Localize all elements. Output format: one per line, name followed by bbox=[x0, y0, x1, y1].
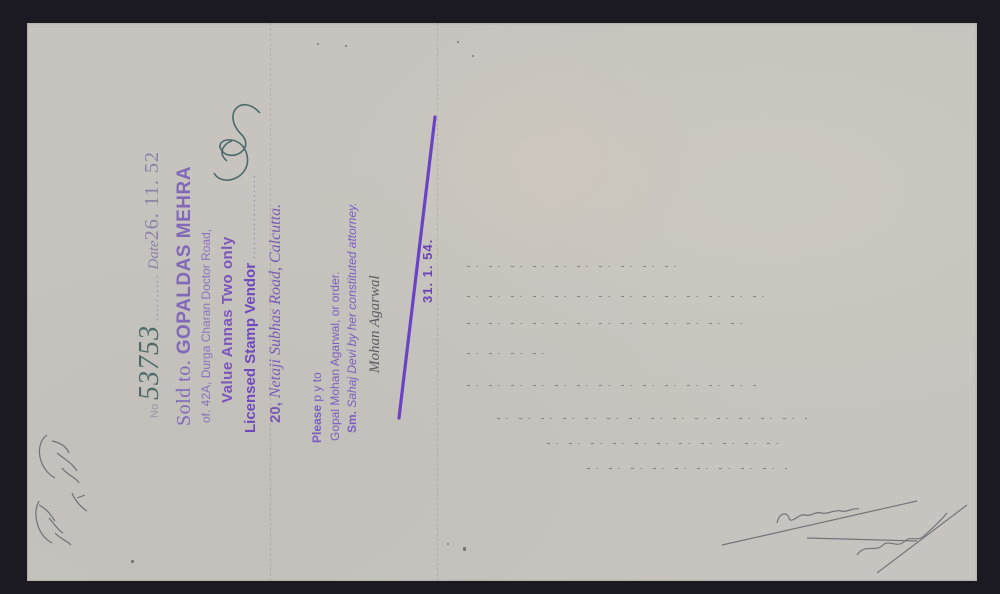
buyer-address: of. 42A, Durga Charan Doctor Road, bbox=[199, 229, 213, 423]
sold-to-name: GOPALDAS MEHRA bbox=[174, 166, 195, 354]
stamp-value: Value Annas Two only bbox=[219, 236, 236, 403]
pay-to-text: p y to bbox=[310, 372, 324, 401]
please-text: Please bbox=[310, 405, 324, 443]
vendor-row: Licensed Stamp Vendor .................. bbox=[242, 173, 260, 433]
sm-text: Sm. bbox=[345, 411, 359, 433]
vendor-address-number: 20, bbox=[267, 402, 284, 423]
endorsement-line-2: Gopal Mohan Agarwal, or order. bbox=[328, 272, 342, 441]
date-label: Date bbox=[146, 240, 162, 269]
vendor-label: Licensed Stamp Vendor bbox=[242, 263, 259, 433]
sold-to-row: Sold to. GOPALDAS MEHRA bbox=[173, 166, 196, 426]
endorsement-signature: Mohan Agarwal bbox=[367, 275, 384, 373]
document-paper: No 53753 .......... Date26. 11. 52 Sold … bbox=[27, 23, 977, 581]
date-value: 26. 11. 52 bbox=[141, 151, 163, 240]
pencil-note-left bbox=[27, 423, 97, 568]
endorsement-line-3: Sm. Sahaj Devi by her constituted attorn… bbox=[345, 202, 359, 433]
serial-dots: .......... bbox=[149, 273, 161, 321]
vendor-address: 20, Netaji Subhas Road, Calcutta. bbox=[267, 204, 285, 423]
vendor-address-text: Netaji Subhas Road, Calcutta. bbox=[267, 204, 284, 398]
initials-flourish-icon bbox=[202, 93, 272, 193]
endorsement-line-1: Please p y to bbox=[310, 372, 324, 443]
pencil-signatures-bottom-right bbox=[717, 483, 977, 583]
serial-number: 53753 bbox=[134, 325, 165, 400]
serial-row: No 53753 .......... Date26. 11. 52 bbox=[134, 151, 166, 418]
sold-to-label: Sold to. bbox=[173, 360, 195, 426]
attorney-text: Sahaj Devi by her constituted attorney. bbox=[345, 202, 359, 407]
endorsement-underline bbox=[387, 113, 447, 423]
serial-prefix: No bbox=[149, 404, 161, 418]
